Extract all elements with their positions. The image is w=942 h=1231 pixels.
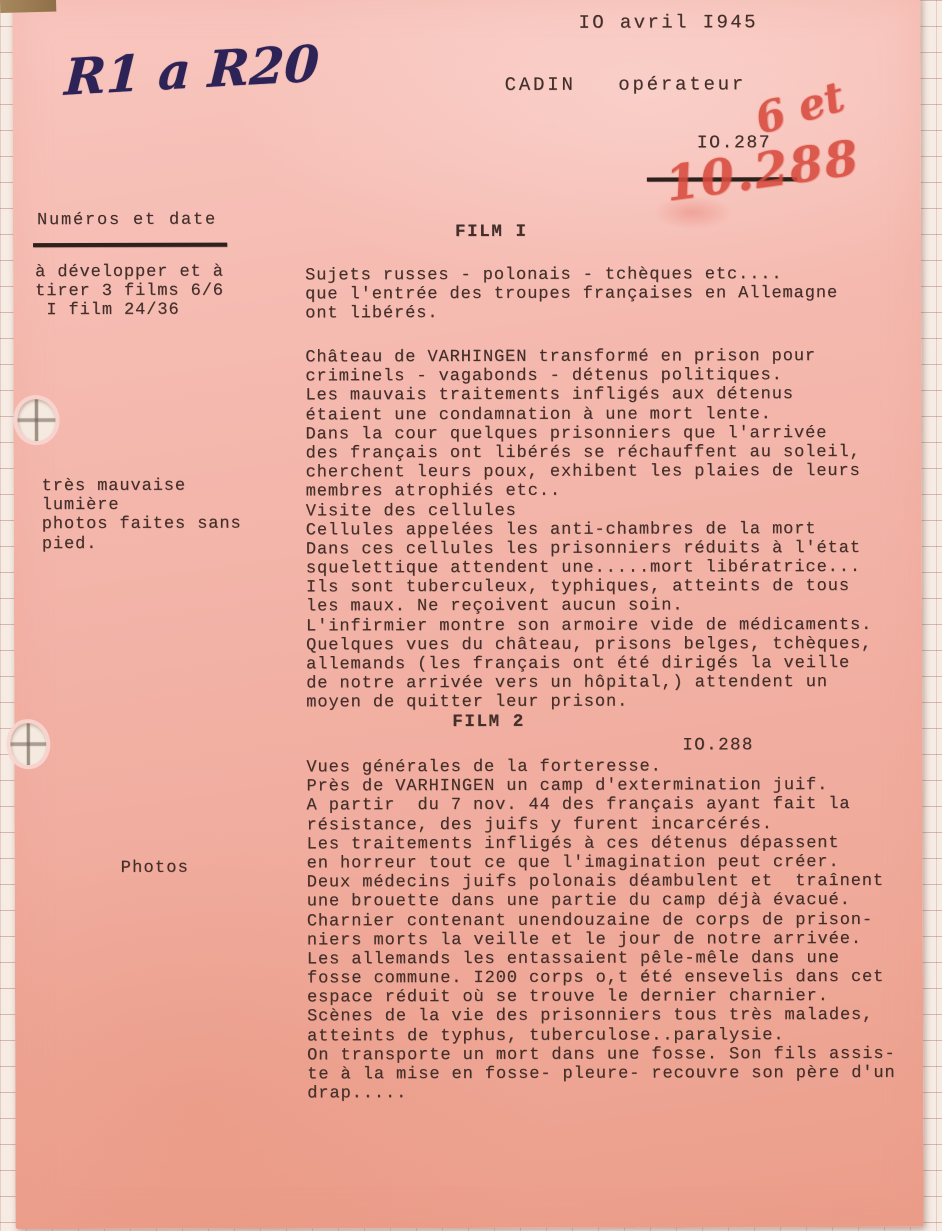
typed-line: Cellules appelées les anti-chambres de l… (306, 520, 872, 541)
typed-line: squelettique attendent une.....mort libé… (306, 558, 872, 579)
typed-line: A partir du 7 nov. 44 des français ayant… (306, 795, 894, 816)
film1-title: FILM I (455, 222, 528, 242)
typed-line: I film 24/36 (35, 301, 224, 321)
typed-line: criminels - vagabonds - détenus politiqu… (305, 366, 871, 387)
margin-label-photos: Photos (121, 859, 189, 878)
typed-line: Les mauvais traitements infligés aux dét… (305, 385, 871, 406)
typed-line: résistance, des juifs y furent incarcéré… (307, 814, 895, 835)
typed-line: pied. (42, 534, 242, 554)
typed-line: lumière (42, 496, 242, 516)
typed-line: moyen de quitter leur prison. (306, 692, 872, 713)
film2-body: Vues générales de la forteresse.Près de … (306, 757, 895, 1104)
punch-hole-top (17, 399, 55, 441)
typed-line: à développer et à (35, 263, 224, 283)
typed-line: Ils sont tuberculeux, typhiques, atteint… (306, 577, 872, 598)
margin-note-develop: à développer et àtirer 3 films 6/6 I fil… (35, 263, 224, 321)
typed-line: ont libérés. (305, 303, 838, 324)
typed-line: photos faites sans (42, 515, 242, 535)
typed-line: Deux médecins juifs polonais déambulent … (307, 872, 895, 893)
typed-line: allemands (les français ont été dirigés … (306, 654, 872, 675)
margin-note-light: très mauvaiselumièrephotos faites sanspi… (42, 477, 242, 554)
typed-line: Visite des cellules (306, 500, 872, 521)
typed-line: atteints de typhus, tuberculose..paralys… (307, 1026, 895, 1047)
margin-heading-numeros: Numéros et date (37, 211, 217, 230)
punch-hole-bottom (10, 723, 46, 765)
typed-line: cherchent leurs poux, exhibent les plaie… (306, 462, 872, 483)
handwritten-reel-range: R1 a R20 (63, 34, 320, 107)
corner-fragment (0, 0, 56, 13)
film2-title: FILM 2 (452, 712, 525, 732)
typed-line: membres atrophiés etc.. (306, 481, 872, 502)
date-line: IO avril I945 (578, 11, 757, 33)
pink-page: R1 a R20 IO avril I945 CADIN opérateur I… (12, 0, 923, 1229)
film2-number: IO.288 (682, 735, 753, 755)
typed-line: te à la mise en fosse- pleure- recouvre … (307, 1064, 895, 1085)
typed-line: Les allemands les entassaient pêle-mêle … (307, 949, 895, 970)
operator-line: CADIN opérateur (505, 73, 746, 96)
typed-line: Près de VARHINGEN un camp d'exterminatio… (306, 776, 894, 797)
typed-line: Dans la cour quelques prisonniers que l'… (306, 424, 872, 445)
typed-line: tirer 3 films 6/6 (35, 282, 224, 302)
typed-line: les maux. Ne reçoivent aucun soin. (306, 596, 872, 617)
typed-line: espace réduit où se trouve le dernier ch… (307, 987, 895, 1008)
film1-paragraph-2: Château de VARHINGEN transformé en priso… (305, 347, 872, 713)
typed-line: drap..... (307, 1083, 895, 1104)
typed-line: niers morts la veille et le jour de notr… (307, 930, 895, 951)
typed-line: des français ont libérés se réchauffent … (306, 443, 872, 464)
typed-line: Les traitements infligés à ces détenus d… (307, 834, 895, 855)
typed-line: Sujets russes - polonais - tchèques etc.… (305, 265, 838, 286)
red-stain (653, 195, 733, 229)
typed-line: Dans ces cellules les prisonniers réduit… (306, 539, 872, 560)
typed-line: une brouette dans une partie du camp déj… (307, 891, 895, 912)
margin-heading-underline (33, 243, 227, 248)
film1-paragraph-1: Sujets russes - polonais - tchèques etc.… (305, 265, 838, 324)
scanned-document: R1 a R20 IO avril I945 CADIN opérateur I… (0, 0, 942, 1231)
typed-line: Château de VARHINGEN transformé en priso… (305, 347, 871, 368)
typed-line: que l'entrée des troupes françaises en A… (305, 284, 838, 305)
typed-line: Scènes de la vie des prisonniers tous tr… (307, 1006, 895, 1027)
typed-line: en horreur tout ce que l'imagination peu… (307, 853, 895, 874)
typed-line: Vues générales de la forteresse. (306, 757, 894, 778)
typed-line: étaient une condamnation à une mort lent… (305, 405, 871, 426)
typed-line: Quelques vues du château, prisons belges… (306, 635, 872, 656)
typed-line: de notre arrivée vers un hôpital,) atten… (306, 673, 872, 694)
typed-line: L'infirmier montre son armoire vide de m… (306, 616, 872, 637)
typed-line: Charnier contenant unendouzaine de corps… (307, 910, 895, 931)
typed-line: fosse commune. I200 corps o,t été enseve… (307, 968, 895, 989)
typed-line: On transporte un mort dans une fosse. So… (307, 1045, 895, 1066)
typed-line: très mauvaise (42, 477, 242, 497)
